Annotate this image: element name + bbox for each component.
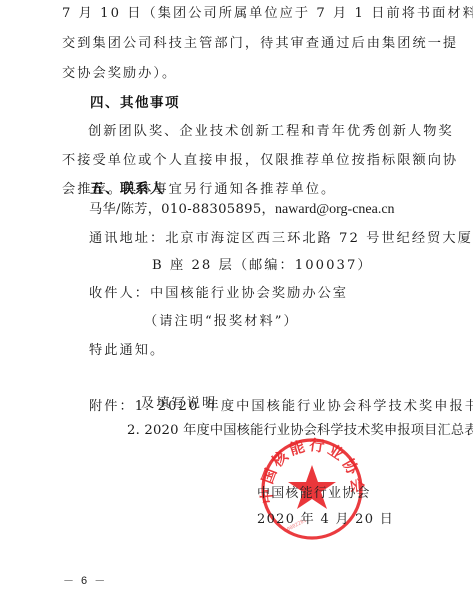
recipient-value: 中国核能行业协会奖励办公室 xyxy=(150,286,348,301)
page-number: － 6 － xyxy=(63,572,107,588)
recipient-label: 收件人： xyxy=(89,286,150,301)
attachments-label: 附件： xyxy=(89,399,135,414)
paragraph-line: 交到集团公司科技主管部门，待其审查通过后由集团统一提 xyxy=(62,36,458,52)
paragraph-line: 不接受单位或个人直接申报，仅限推荐单位按指标限额向协 xyxy=(62,153,458,169)
paragraph-line: 7 月 10 日（集团公司所属单位应于 7 月 1 日前将书面材料提 xyxy=(62,6,473,22)
signature-date: 2020 年 4 月 20 日 xyxy=(257,512,394,528)
address-line-2: B 座 28 层（邮编：100037） xyxy=(152,258,373,274)
contact-line: 马华/陈芳，010-88305895，naward@org-cnea.cn xyxy=(89,202,395,218)
closing-text: 特此通知。 xyxy=(89,343,165,359)
section-heading-other-matters: 四、其他事项 xyxy=(90,95,180,111)
section-heading-contacts: 五、联系人 xyxy=(90,181,165,197)
address-label: 通讯地址： xyxy=(89,231,165,246)
paragraph-line: 交协会奖励办）。 xyxy=(62,66,177,82)
address-value: 北京市海淀区西三环北路 72 号世纪经贸大厦 xyxy=(165,231,473,246)
signature-organization: 中国核能行业协会 xyxy=(257,486,371,502)
paragraph-line: 创新团队奖、企业技术创新工程和青年优秀创新人物奖 xyxy=(88,124,454,140)
address-line: 通讯地址：北京市海淀区西三环北路 72 号世纪经贸大厦 xyxy=(89,231,473,247)
attachment-item-1-cont: 及填写说明 xyxy=(141,396,217,412)
contact-email[interactable]: naward@org-cnea.cn xyxy=(275,202,395,217)
recipient-note: （请注明“报奖材料”） xyxy=(144,314,299,330)
recipient-line: 收件人：中国核能行业协会奖励办公室 xyxy=(89,286,348,302)
document-page: 7 月 10 日（集团公司所属单位应于 7 月 1 日前将书面材料提 交到集团公… xyxy=(0,0,473,591)
contact-names-phone: 马华/陈芳，010-88305895， xyxy=(89,202,275,217)
